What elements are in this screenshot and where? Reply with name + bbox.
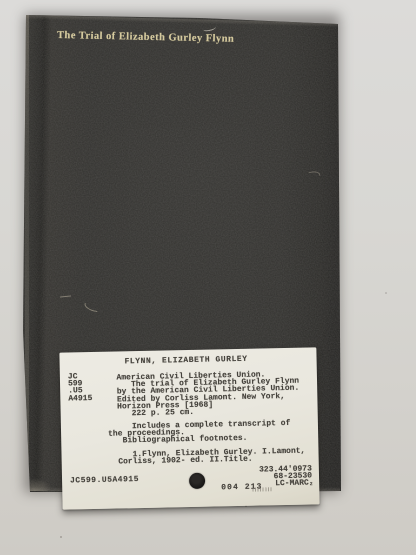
illegible-fine-print <box>252 487 272 491</box>
card-text-line: A4915 <box>68 395 92 403</box>
background-speck <box>385 292 387 294</box>
punch-hole <box>189 472 205 488</box>
card-tracings-block: 1.Flynn, Elizabeth Gurley. I.Lamont, Cor… <box>108 448 305 467</box>
library-catalog-card: FLYNN, ELIZABETH GURLEY JC599.U5A4915 Am… <box>59 347 319 509</box>
footer-call-number: JC599.U5A4915 <box>70 476 139 485</box>
card-heading: FLYNN, ELIZABETH GURLEY <box>60 354 313 366</box>
spine-bottom-wear <box>27 478 53 491</box>
marc-label: LC-MARC₂ <box>275 479 314 487</box>
call-number-block: JC599.U5A4915 <box>68 373 93 402</box>
background-speck <box>60 536 62 538</box>
card-body-block: American Civil Liberties Union. The tria… <box>107 371 300 418</box>
card-notes-block: Includes a complete transcript ofthe pro… <box>108 420 291 445</box>
card-text-line: Bibliographical footnotes. <box>108 434 291 445</box>
photo-scene: The Trial of Elizabeth Gurley Flynn FLYN… <box>0 0 416 555</box>
